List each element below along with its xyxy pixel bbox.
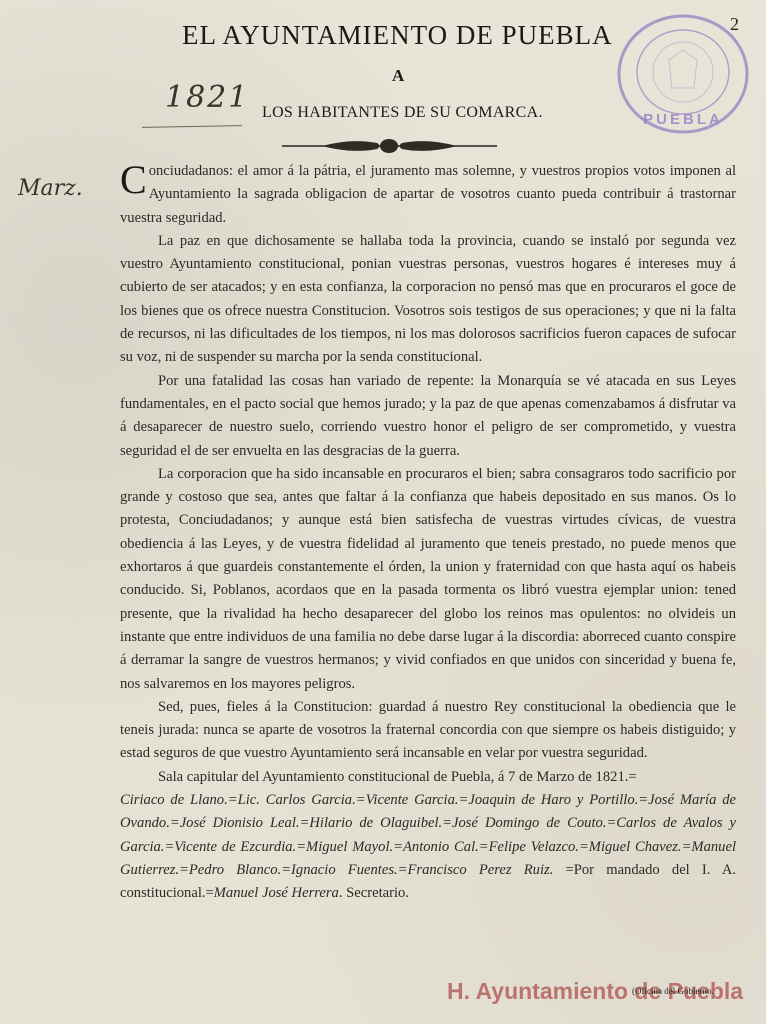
handwritten-month: Marz. bbox=[18, 176, 83, 201]
document-body: Conciudadanos: el amor á la pátria, el j… bbox=[120, 160, 736, 906]
drop-cap: C bbox=[120, 162, 147, 198]
secretary-name: Manuel José Herrera bbox=[214, 885, 339, 901]
handwritten-underline bbox=[142, 125, 242, 128]
handwritten-year: 1821 bbox=[165, 80, 249, 115]
official-seal-stamp-icon: PUEBLA bbox=[614, 10, 752, 138]
document-subtitle: LOS HABITANTES DE SU COMARCA. bbox=[262, 104, 543, 122]
closing-signatures: Sala capitular del Ayuntamiento constitu… bbox=[120, 766, 736, 906]
paragraph-5: Sed, pues, fieles á la Constitucion: gua… bbox=[120, 696, 736, 766]
ornament-divider-icon bbox=[282, 136, 497, 156]
document-title: EL AYUNTAMIENTO DE PUEBLA bbox=[182, 20, 682, 51]
subtitle-a: A bbox=[392, 66, 404, 86]
date-line: Sala capitular del Ayuntamiento constitu… bbox=[120, 766, 736, 789]
svg-text:PUEBLA: PUEBLA bbox=[643, 111, 723, 128]
paragraph-2: La paz en que dichosamente se hallaba to… bbox=[120, 230, 736, 370]
office-note: (Oficina del Gobierno. bbox=[632, 986, 714, 996]
paragraph-1: Conciudadanos: el amor á la pátria, el j… bbox=[120, 160, 736, 230]
document-page: EL AYUNTAMIENTO DE PUEBLA 2 A LOS HABITA… bbox=[0, 0, 766, 1024]
paragraph-4: La corporacion que ha sido incansable en… bbox=[120, 463, 736, 696]
secretary-title: . Secretario. bbox=[339, 885, 409, 901]
paragraph-3: Por una fatalidad las cosas han variado … bbox=[120, 370, 736, 463]
